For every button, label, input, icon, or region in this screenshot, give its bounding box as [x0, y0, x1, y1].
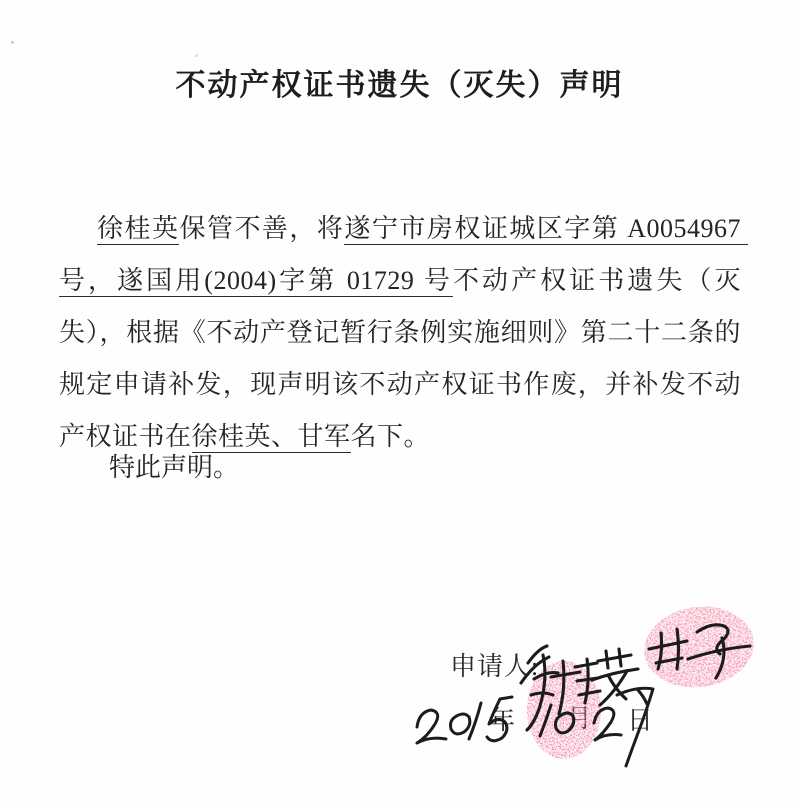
handwritten-separator: 、 [638, 690, 647, 704]
document-page: 不动产权证书遗失（灭失）声明 徐桂英保管不善，将遂宁市房权证城区字第 A0054… [0, 0, 799, 808]
holder-name-underlined: 徐桂英 [97, 214, 179, 245]
page-title: 不动产权证书遗失（灭失）声明 [0, 60, 799, 104]
scan-speck [195, 54, 198, 57]
signature-overlay: red fingerprint red fingerprint 徐桂英 [400, 580, 799, 808]
closing-statement: 特此声明。 [59, 442, 791, 494]
body-text-1: 保管不善，将 [179, 214, 344, 243]
declaration-paragraph: 徐桂英保管不善，将遂宁市房权证城区字第 A0054967 号，遂国用(2004)… [59, 203, 741, 463]
handwritten-date-year: 2015 [417, 697, 512, 743]
scan-speck [11, 41, 14, 44]
